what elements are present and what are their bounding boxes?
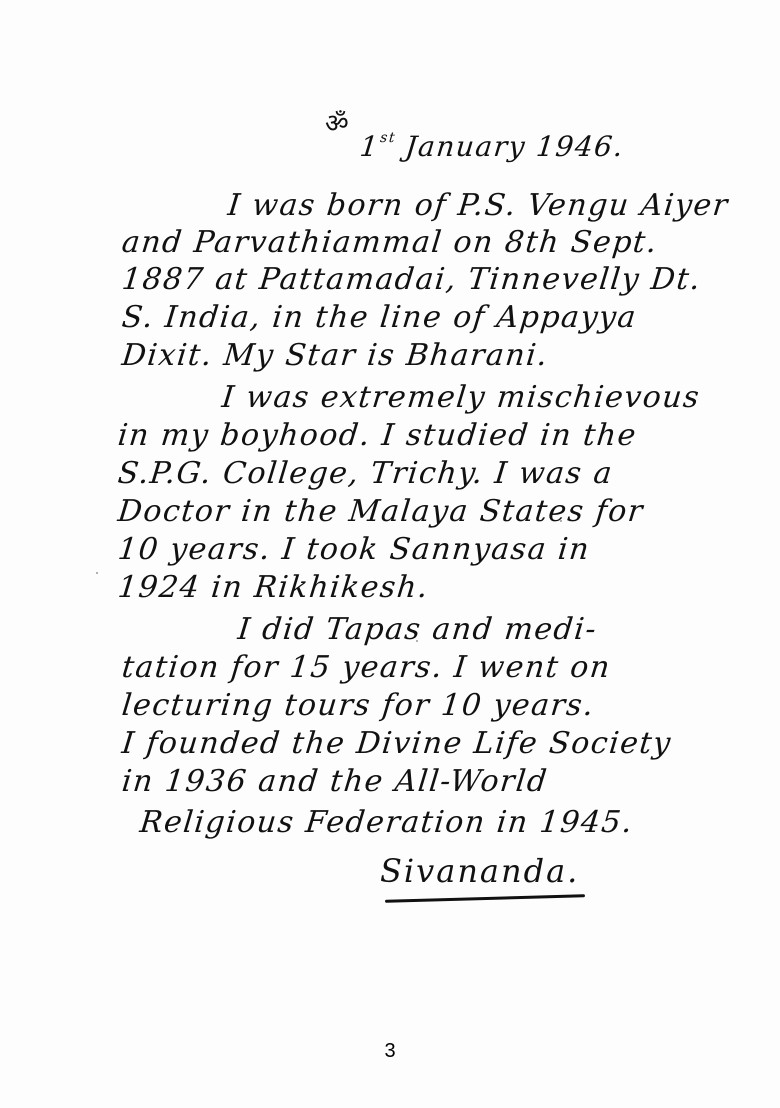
page-number: 3 (0, 1040, 780, 1063)
text-line-3: 1887 at Pattamadai, Tinnevelly Dt. (120, 262, 703, 297)
text-line-10: 10 years. I took Sannyasa in (116, 532, 592, 567)
om-symbol: ॐ (325, 104, 349, 140)
signature-underline (385, 894, 585, 903)
text-line-9: Doctor in the Malaya States for (116, 494, 645, 529)
scan-speck (96, 572, 98, 574)
text-line-15: I founded the Divine Life Society (120, 726, 673, 761)
document-page: ॐ 1st January 1946. I was born of P.S. V… (0, 0, 780, 1108)
text-line-11: 1924 in Rikhikesh. (116, 570, 430, 605)
scan-speck (416, 640, 418, 642)
text-line-5: Dixit. My Star is Bharani. (120, 338, 550, 373)
text-line-14: lecturing tours for 10 years. (120, 688, 596, 723)
letter-date: 1st January 1946. (358, 130, 625, 163)
text-line-8: S.P.G. College, Trichy. I was a (116, 456, 615, 491)
signature: Sivananda. (380, 852, 579, 890)
text-line-4: S. India, in the line of Appayya (120, 300, 639, 335)
text-line-7: in my boyhood. I studied in the (116, 418, 639, 453)
text-line-1: I was born of P.S. Vengu Aiyer (226, 188, 730, 223)
text-line-2: and Parvathiammal on 8th Sept. (120, 225, 659, 260)
text-line-17: Religious Federation in 1945. (138, 805, 635, 840)
scan-speck (560, 520, 562, 522)
text-line-13: tation for 15 years. I went on (120, 650, 612, 685)
date-rest: January 1946. (404, 130, 626, 163)
date-suffix: st (379, 130, 396, 146)
text-line-16: in 1936 and the All-World (120, 764, 549, 799)
date-day: 1 (358, 130, 381, 163)
text-line-6: I was extremely mischievous (220, 380, 702, 415)
